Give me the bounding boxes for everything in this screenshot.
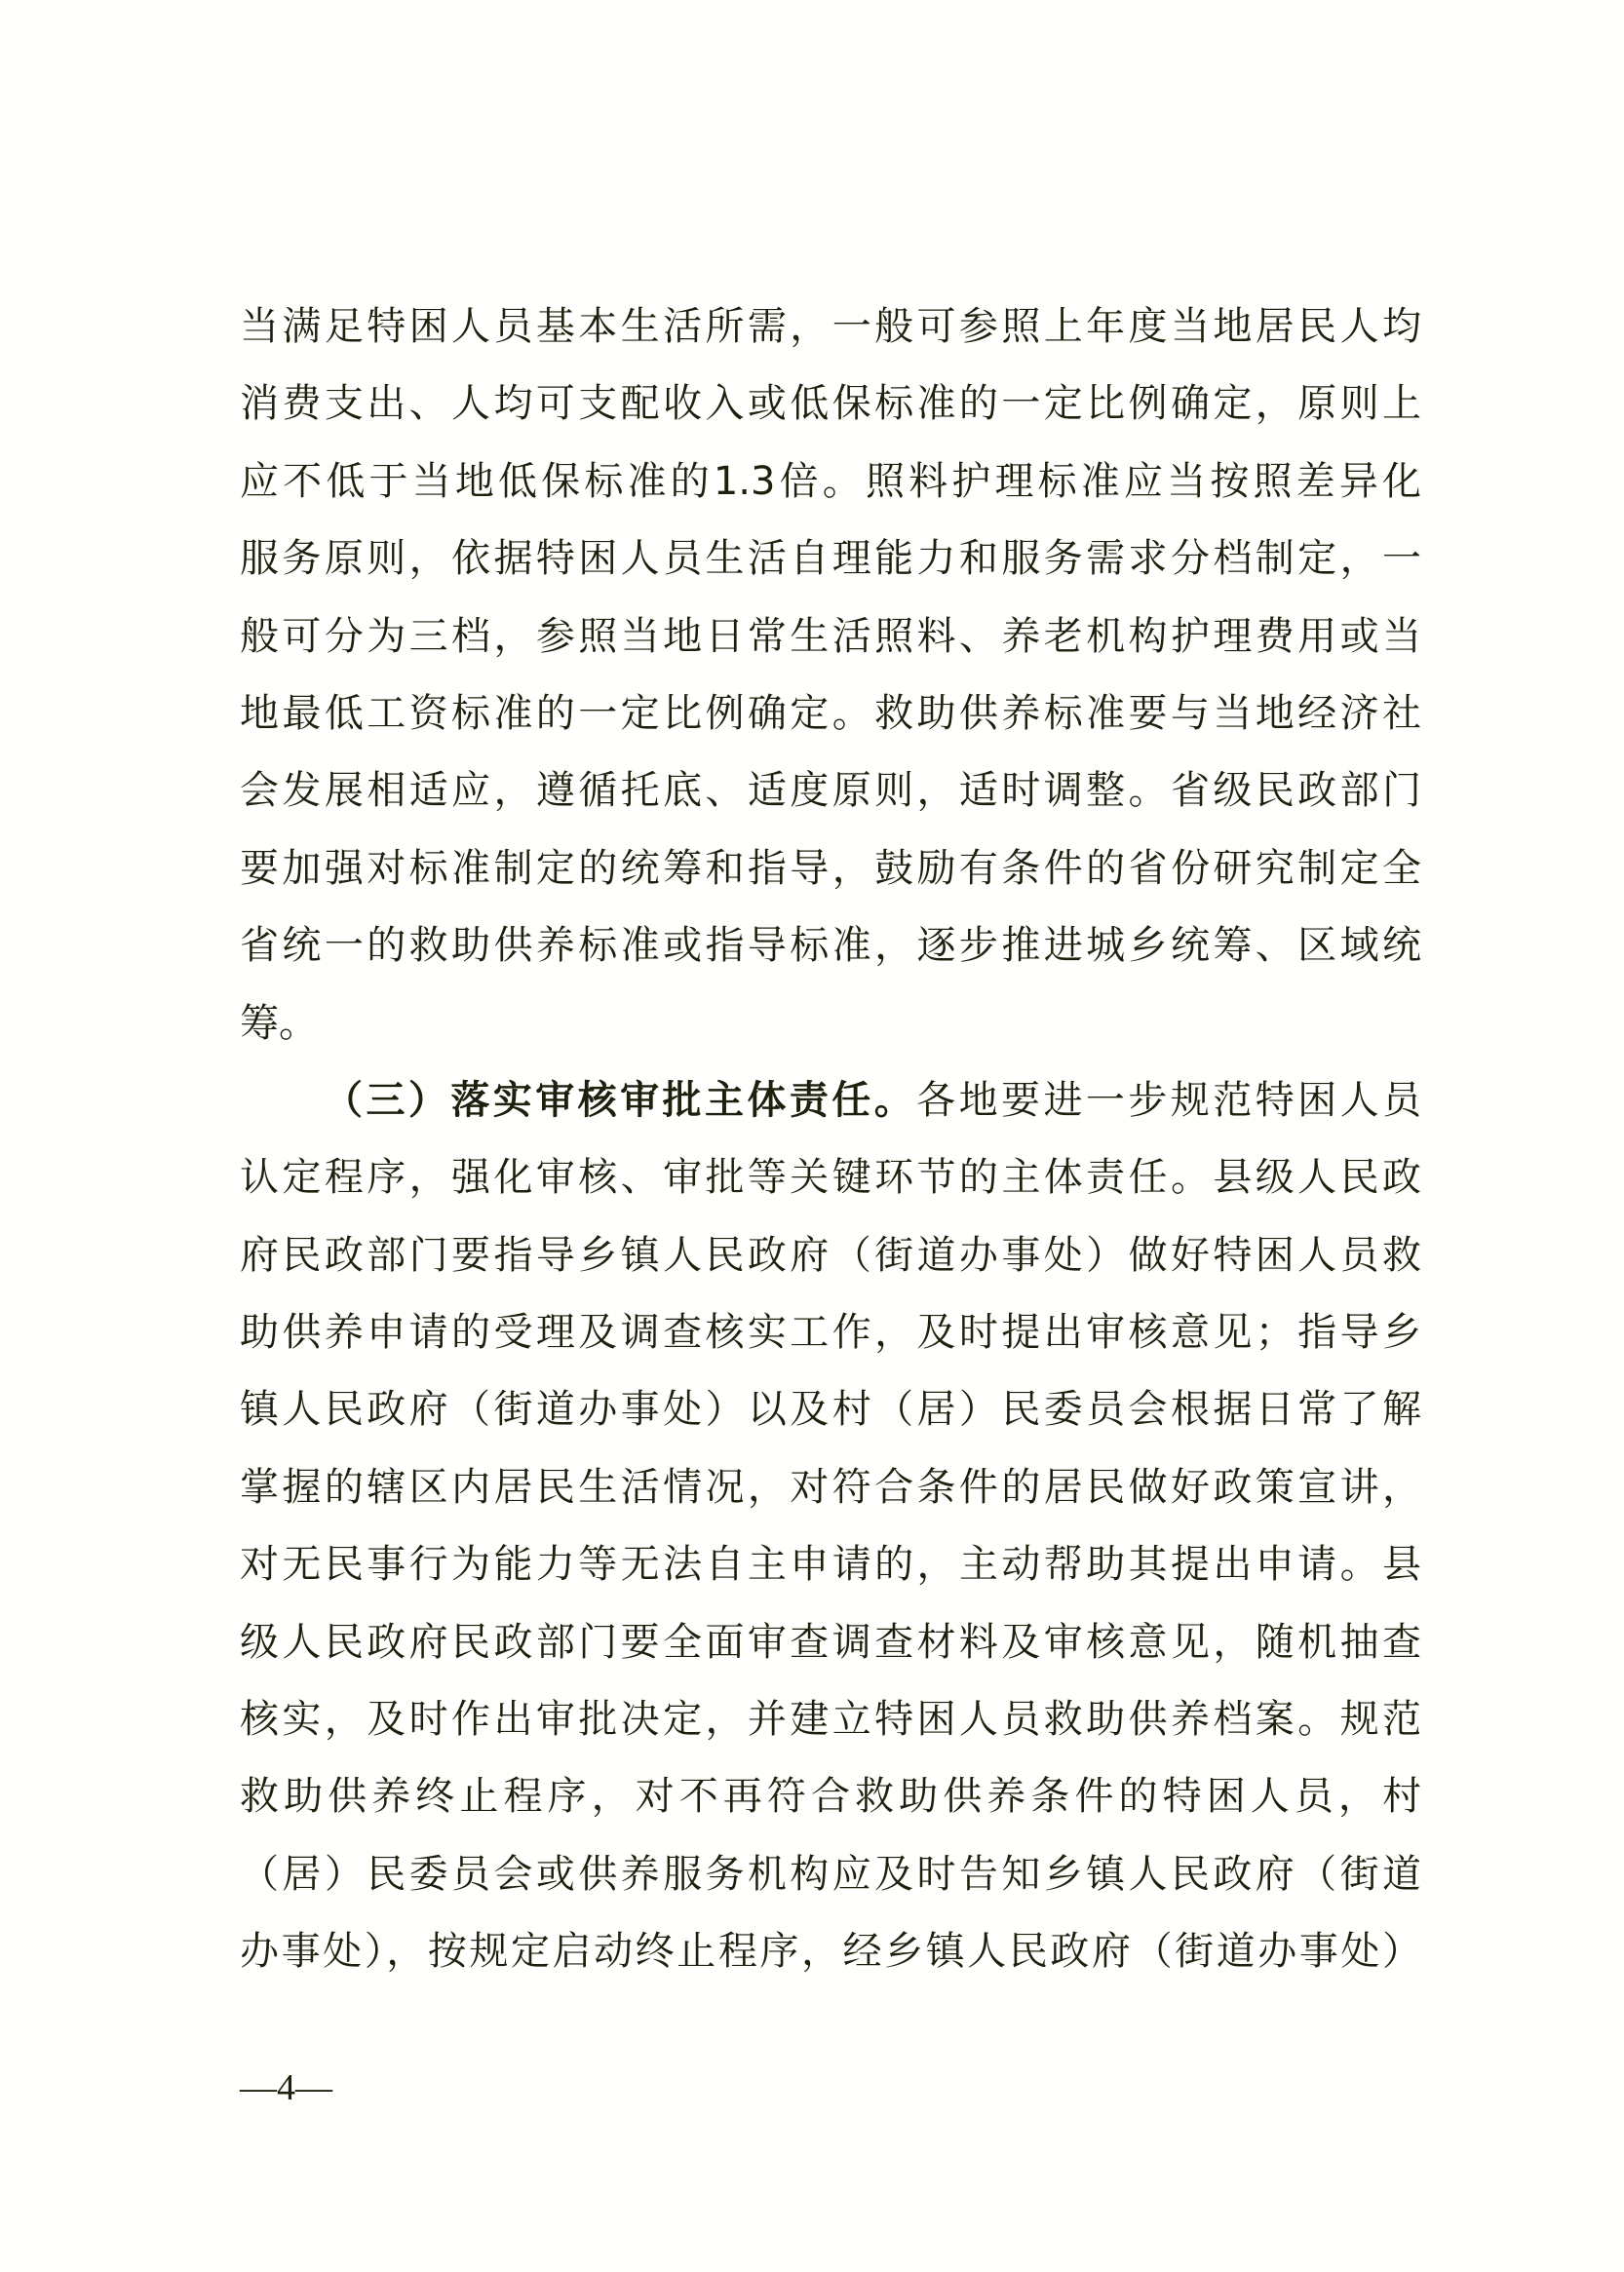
text-line: 要加强对标准制定的统筹和指导，鼓励有条件的省份研究制定全 bbox=[240, 830, 1421, 907]
text-line: 掌握的辖区内居民生活情况，对符合条件的居民做好政策宣讲， bbox=[240, 1449, 1421, 1526]
text-line: 当满足特困人员基本生活所需，一般可参照上年度当地居民人均 bbox=[240, 289, 1421, 366]
text-line: 助供养申请的受理及调查核实工作，及时提出审核意见；指导乡 bbox=[240, 1294, 1421, 1371]
text-line: 服务原则，依据特困人员生活自理能力和服务需求分档制定，一 bbox=[240, 520, 1421, 597]
text-line: 镇人民政府（街道办事处）以及村（居）民委员会根据日常了解 bbox=[240, 1371, 1421, 1448]
text-line: 对无民事行为能力等无法自主申请的，主动帮助其提出申请。县 bbox=[240, 1526, 1421, 1603]
text-line: （居）民委员会或供养服务机构应及时告知乡镇人民政府（街道 bbox=[240, 1836, 1421, 1913]
section-first-line: （三）落实审核审批主体责任。各地要进一步规范特困人员 bbox=[240, 1062, 1421, 1139]
body-text: 当满足特困人员基本生活所需，一般可参照上年度当地居民人均 消费支出、人均可支配收… bbox=[240, 289, 1421, 1991]
section-heading: （三）落实审核审批主体责任。 bbox=[324, 1078, 916, 1123]
section-first-line-text: 各地要进一步规范特困人员 bbox=[916, 1078, 1421, 1123]
text-line: 认定程序，强化审核、审批等关键环节的主体责任。县级人民政 bbox=[240, 1139, 1421, 1216]
text-line: 筹。 bbox=[240, 985, 1421, 1062]
text-line: 办事处），按规定启动终止程序，经乡镇人民政府（街道办事处） bbox=[240, 1913, 1421, 1990]
text-line: 消费支出、人均可支配收入或低保标准的一定比例确定，原则上 bbox=[240, 366, 1421, 443]
text-line: 般可分为三档，参照当地日常生活照料、养老机构护理费用或当 bbox=[240, 598, 1421, 675]
text-line: 级人民政府民政部门要全面审查调查材料及审核意见，随机抽查 bbox=[240, 1604, 1421, 1681]
text-line: 救助供养终止程序，对不再符合救助供养条件的特困人员，村 bbox=[240, 1758, 1421, 1835]
text-line: 会发展相适应，遵循托底、适度原则，适时调整。省级民政部门 bbox=[240, 752, 1421, 829]
text-line: 核实，及时作出审批决定，并建立特困人员救助供养档案。规范 bbox=[240, 1681, 1421, 1758]
text-line: 府民政部门要指导乡镇人民政府（街道办事处）做好特困人员救 bbox=[240, 1217, 1421, 1294]
text-line: 应不低于当地低保标准的1.3倍。照料护理标准应当按照差异化 bbox=[240, 443, 1421, 520]
text-line: 省统一的救助供养标准或指导标准，逐步推进城乡统筹、区域统 bbox=[240, 907, 1421, 984]
text-line: 地最低工资标准的一定比例确定。救助供养标准要与当地经济社 bbox=[240, 675, 1421, 752]
page-number: —4— bbox=[240, 2059, 332, 2117]
document-page: 当满足特困人员基本生活所需，一般可参照上年度当地居民人均 消费支出、人均可支配收… bbox=[0, 0, 1624, 2272]
